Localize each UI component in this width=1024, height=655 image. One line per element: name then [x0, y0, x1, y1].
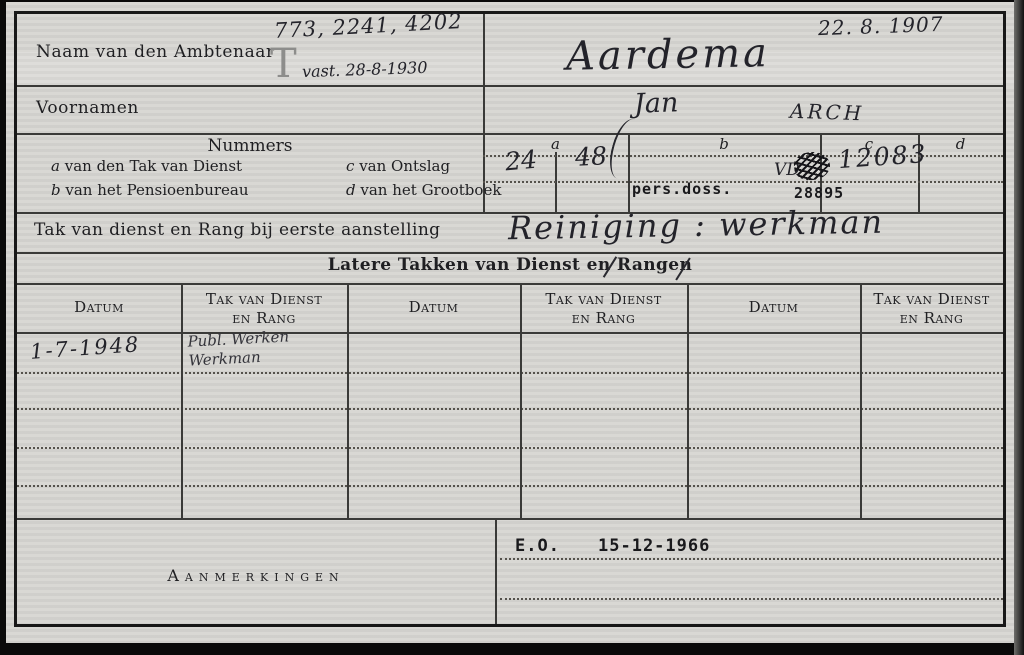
value-a-left-handwritten: 24 [490, 143, 552, 177]
legend-b: b van het Pensioenbureau [51, 181, 249, 199]
firstname-handwritten: Jan [633, 87, 678, 120]
legend-d-text: van het Grootboek [360, 181, 501, 199]
remarks-dotted-line-2 [500, 598, 1003, 600]
firstname-annotation-handwritten: ARCH [790, 99, 865, 126]
table-header-tak-1: Tak van Dienst en Rang [181, 290, 347, 328]
legend-b-text: van het Pensioenbureau [65, 181, 248, 199]
legend-a: a van den Tak van Dienst [51, 157, 242, 175]
legend-d-key: d [346, 181, 356, 199]
tak-header-line2: en Rang [181, 309, 347, 328]
tak-header-line2: en Rang [860, 309, 1003, 328]
legend-a-key: a [51, 157, 60, 175]
table-header-datum-3: Datum [687, 298, 860, 316]
column-header-d: d [918, 135, 1003, 153]
value-c-handwritten: 12083 [837, 139, 928, 174]
remarks-divider [495, 518, 497, 624]
date-handwritten: 22. 8. 1907 [818, 12, 944, 40]
dotted-under-abcd-values [483, 181, 1003, 183]
entry-tak-handwritten: Publ. Werken Werkman [187, 327, 290, 370]
legend-b-key: b [51, 181, 61, 199]
scanned-personnel-card: Naam van den Ambtenaar Voornamen Nummers… [0, 0, 1024, 655]
card-paper: Naam van den Ambtenaar Voornamen Nummers… [6, 2, 1014, 643]
first-appointment-label: Tak van dienst en Rang bij eerste aanste… [34, 220, 440, 240]
scan-right-edge [1014, 0, 1024, 655]
tak-header-line1: Tak van Dienst [520, 290, 687, 309]
column-header-b: b [628, 135, 820, 153]
name-label: Naam van den Ambtenaar [36, 42, 275, 62]
rule-table-bottom [17, 518, 1003, 520]
table-header-tak-3: Tak van Dienst en Rang [860, 290, 1003, 328]
table-dotted-row-4 [17, 485, 1003, 487]
legend-d: d van het Grootboek [346, 181, 501, 199]
value-b-number-typed: 28895 [794, 184, 844, 202]
rule-under-first-appointment-row [17, 252, 1003, 254]
legend-c-text: van Ontslag [359, 157, 450, 175]
rule-under-name-row [17, 85, 1003, 87]
table-divider-4 [687, 283, 689, 518]
legend-a-text: van den Tak van Dienst [65, 157, 242, 175]
first-appointment-value-handwritten: Reiniging : werkman [508, 203, 885, 248]
later-service-title: Latere Takken van Dienst en Rangen [17, 255, 1003, 275]
tak-header-line1: Tak van Dienst [860, 290, 1003, 309]
firstnames-label: Voornamen [36, 98, 139, 118]
table-dotted-row-2 [17, 408, 1003, 410]
remarks-date-typed: 15-12-1966 [598, 536, 710, 556]
tak-header-line2: en Rang [520, 309, 687, 328]
table-dotted-row-1 [17, 372, 1003, 374]
table-header-tak-2: Tak van Dienst en Rang [520, 290, 687, 328]
table-divider-2 [347, 283, 349, 518]
nummers-title: Nummers [17, 136, 483, 156]
legend-c-key: c [346, 157, 354, 175]
table-dotted-row-3 [17, 447, 1003, 449]
table-header-datum-2: Datum [347, 298, 520, 316]
pencil-initial: T [270, 44, 297, 84]
value-b-typed: pers.doss. [632, 180, 732, 198]
legend-c: c van Ontslag [346, 157, 450, 175]
remarks-dotted-line-1 [500, 558, 1003, 560]
value-a-right-handwritten: 48 [558, 140, 623, 172]
rule-under-table-header [17, 332, 1003, 334]
rule-under-later-title [17, 283, 1003, 285]
remarks-label: Aanmerkingen [17, 566, 495, 585]
surname-handwritten: Aardema [566, 30, 771, 80]
remarks-code-typed: E.O. [515, 536, 560, 556]
tak-header-line1: Tak van Dienst [181, 290, 347, 309]
table-header-datum-1: Datum [17, 298, 181, 316]
